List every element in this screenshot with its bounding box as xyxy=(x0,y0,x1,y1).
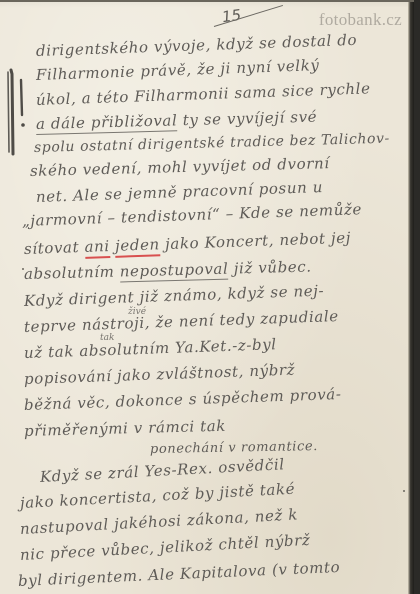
red-underlined-word: jeden xyxy=(115,235,160,258)
pencil-dot xyxy=(403,490,405,492)
manuscript-line-22: byl dirigentem. Ale Kapitalova (v tomto xyxy=(18,558,341,590)
manuscript-line-9: sítovat ani jeden jako Koncert, nebot je… xyxy=(24,229,352,258)
manuscript-line-7: net. Ale se jemně pracovní posun u xyxy=(36,178,324,206)
underlined-phrase: a dále přibližoval xyxy=(36,111,178,135)
manuscript-line-3: úkol, a této Filharmonii sama sice rychl… xyxy=(36,79,371,109)
manuscript-line-13: už tak absolutním Ya.Ket.-z-byl xyxy=(24,335,277,362)
manuscript-line-10: absolutním nepostupoval již vůbec. xyxy=(24,257,312,283)
pencil-dot xyxy=(22,268,24,270)
line-text: již vůbec. xyxy=(228,257,312,277)
manuscript-line-16: přiměřenými v rámci tak xyxy=(24,417,226,440)
manuscript-line-15: běžná věc, dokonce s úspěchem prová- xyxy=(24,385,342,414)
underlined-word: nepostupoval xyxy=(120,260,229,283)
manuscript-line-14: popisování jako zvláštnost, nýbrž xyxy=(24,361,296,388)
manuscript-line-6: ského vedení, mohl vyvíjet od dvorní xyxy=(30,154,330,180)
line-text: sítovat xyxy=(24,238,85,258)
line-text: absolutním xyxy=(24,262,120,283)
manuscript-line-21: nic přece vůbec, jelikož chtěl nýbrž xyxy=(20,531,311,564)
line-text: ty se vyvíjejí své xyxy=(177,108,317,130)
manuscript-line-17: ponechání v romantice. xyxy=(150,439,318,457)
line-text: jako Koncert, nebot jej xyxy=(159,229,351,254)
manuscript-line-12: teprve nástroji, že není tedy zapudiale xyxy=(24,307,339,336)
manuscript-line-11: Když dirigent již známo, když se nej- xyxy=(24,282,325,310)
manuscript-page: fotobank.cz 15 dirigentského vývoje, kdy… xyxy=(0,0,414,594)
manuscript-line-5: spolu ostatní dirigentské tradice bez Ta… xyxy=(34,131,390,156)
handwritten-text-body: dirigentského vývoje, když se dostal do … xyxy=(0,2,414,594)
red-underlined-word: ani xyxy=(84,237,110,259)
manuscript-line-2: Filharmonie právě, že ji nyní velký xyxy=(36,56,320,84)
manuscript-line-4: a dále přibližoval ty se vyvíjejí své xyxy=(36,108,318,133)
